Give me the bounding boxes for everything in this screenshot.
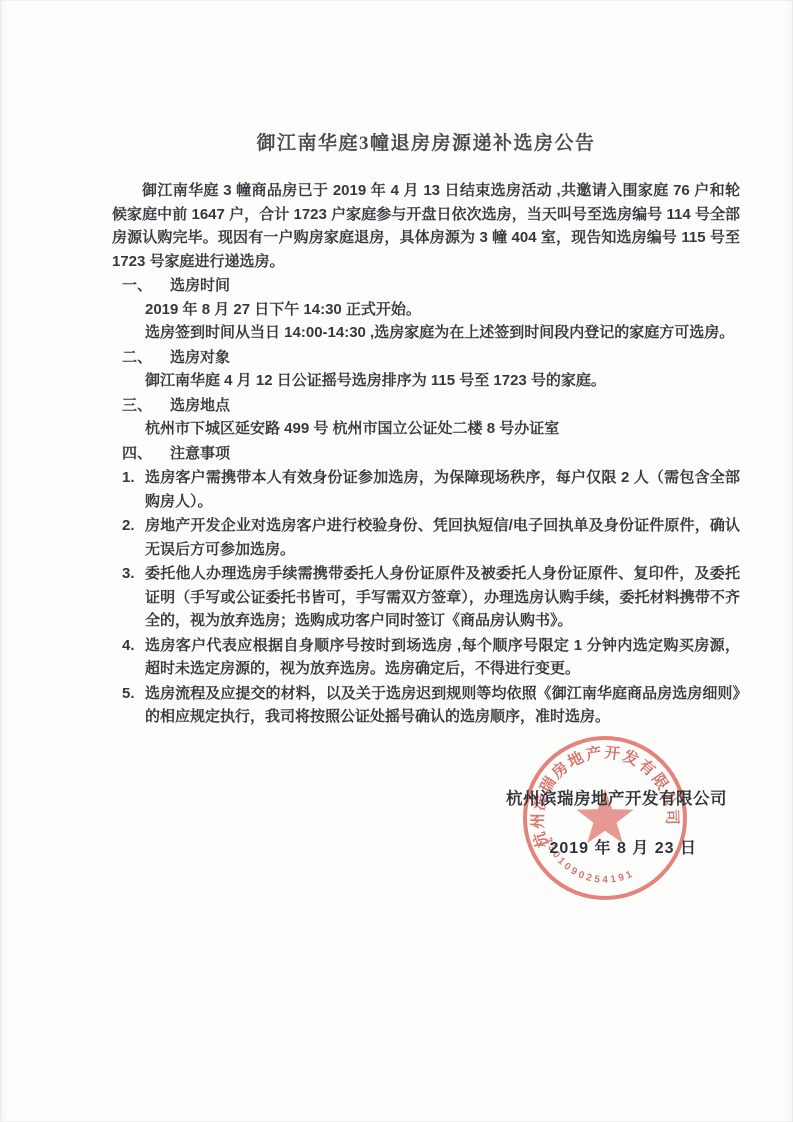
note-number: 3. xyxy=(122,562,145,633)
note-item-5: 5. 选房流程及应提交的材料，以及关于选房迟到规则等均依照《御江南华庭商品房选房… xyxy=(122,682,740,729)
section-number: 二、 xyxy=(122,346,170,370)
note-text: 选房流程及应提交的材料，以及关于选房迟到规则等均依照《御江南华庭商品房选房细则》… xyxy=(145,682,740,729)
note-item-2: 2. 房地产开发企业对选房客户进行校验身份、凭回执短信/电子回执单及身份证件原件… xyxy=(122,514,740,561)
section-heading-location: 三、 选房地点 xyxy=(122,394,740,418)
section-heading-label: 注意事项 xyxy=(170,442,230,466)
document-content: 御江南华庭3幢退房房源递补选房公告 御江南华庭 3 幢商品房已于 2019 年 … xyxy=(0,0,793,979)
page-title: 御江南华庭3幢退房房源递补选房公告 xyxy=(112,128,740,155)
section-number: 三、 xyxy=(122,394,170,418)
note-text: 选房客户需携带本人有效身份证参加选房，为保障现场秩序，每户仅限 2 人（需包含全… xyxy=(145,466,740,513)
section-time-paragraph: 2019 年 8 月 27 日下午 14:30 正式开始。 xyxy=(145,298,740,322)
note-text: 房地产开发企业对选房客户进行校验身份、凭回执短信/电子回执单及身份证件原件，确认… xyxy=(145,514,740,561)
note-text: 选房客户代表应根据自身顺序号按时到场选房 ,每个顺序号限定 1 分钟内选定购买房… xyxy=(145,634,740,681)
section-heading-target: 二、 选房对象 xyxy=(122,346,740,370)
company-seal-icon: 杭州滨瑞房地产开发有限公司 3301090254191 xyxy=(520,733,690,903)
section-heading-time: 一、 选房时间 xyxy=(122,274,740,298)
company-name: 杭州滨瑞房地产开发有限公司 xyxy=(506,785,727,809)
intro-paragraph: 御江南华庭 3 幢商品房已于 2019 年 4 月 13 日结束选房活动 ,共邀… xyxy=(112,179,740,273)
section-target-paragraph: 御江南华庭 4 月 12 日公证摇号选房排序为 115 号至 1723 号的家庭… xyxy=(145,369,740,393)
announcement-date: 2019 年 8 月 23 日 xyxy=(549,835,697,858)
note-number: 2. xyxy=(122,514,145,561)
section-time-paragraph: 选房签到时间从当日 14:00-14:30 ,选房家庭为在上述签到时间段内登记的… xyxy=(145,321,740,345)
section-number: 一、 xyxy=(122,274,170,298)
section-heading-label: 选房地点 xyxy=(170,394,230,418)
section-heading-label: 选房时间 xyxy=(170,274,230,298)
note-item-3: 3. 委托他人办理选房手续需携带委托人身份证原件及被委托人身份证原件、复印件，及… xyxy=(122,562,740,633)
note-item-1: 1. 选房客户需携带本人有效身份证参加选房，为保障现场秩序，每户仅限 2 人（需… xyxy=(122,466,740,513)
signature-block: 杭州滨瑞房地产开发有限公司 3301090254191 杭州滨瑞房地产开发有限公… xyxy=(112,729,740,979)
section-location-paragraph: 杭州市下城区延安路 499 号 杭州市国立公证处二楼 8 号办证室 xyxy=(145,417,740,441)
section-heading-notes: 四、 注意事项 xyxy=(122,442,740,466)
section-heading-label: 选房对象 xyxy=(170,346,230,370)
note-number: 5. xyxy=(122,682,145,729)
announcement-document: 御江南华庭3幢退房房源递补选房公告 御江南华庭 3 幢商品房已于 2019 年 … xyxy=(0,0,793,1122)
note-number: 4. xyxy=(122,634,145,681)
note-number: 1. xyxy=(122,466,145,513)
section-number: 四、 xyxy=(122,442,170,466)
note-item-4: 4. 选房客户代表应根据自身顺序号按时到场选房 ,每个顺序号限定 1 分钟内选定… xyxy=(122,634,740,681)
note-text: 委托他人办理选房手续需携带委托人身份证原件及被委托人身份证原件、复印件，及委托证… xyxy=(145,562,740,633)
